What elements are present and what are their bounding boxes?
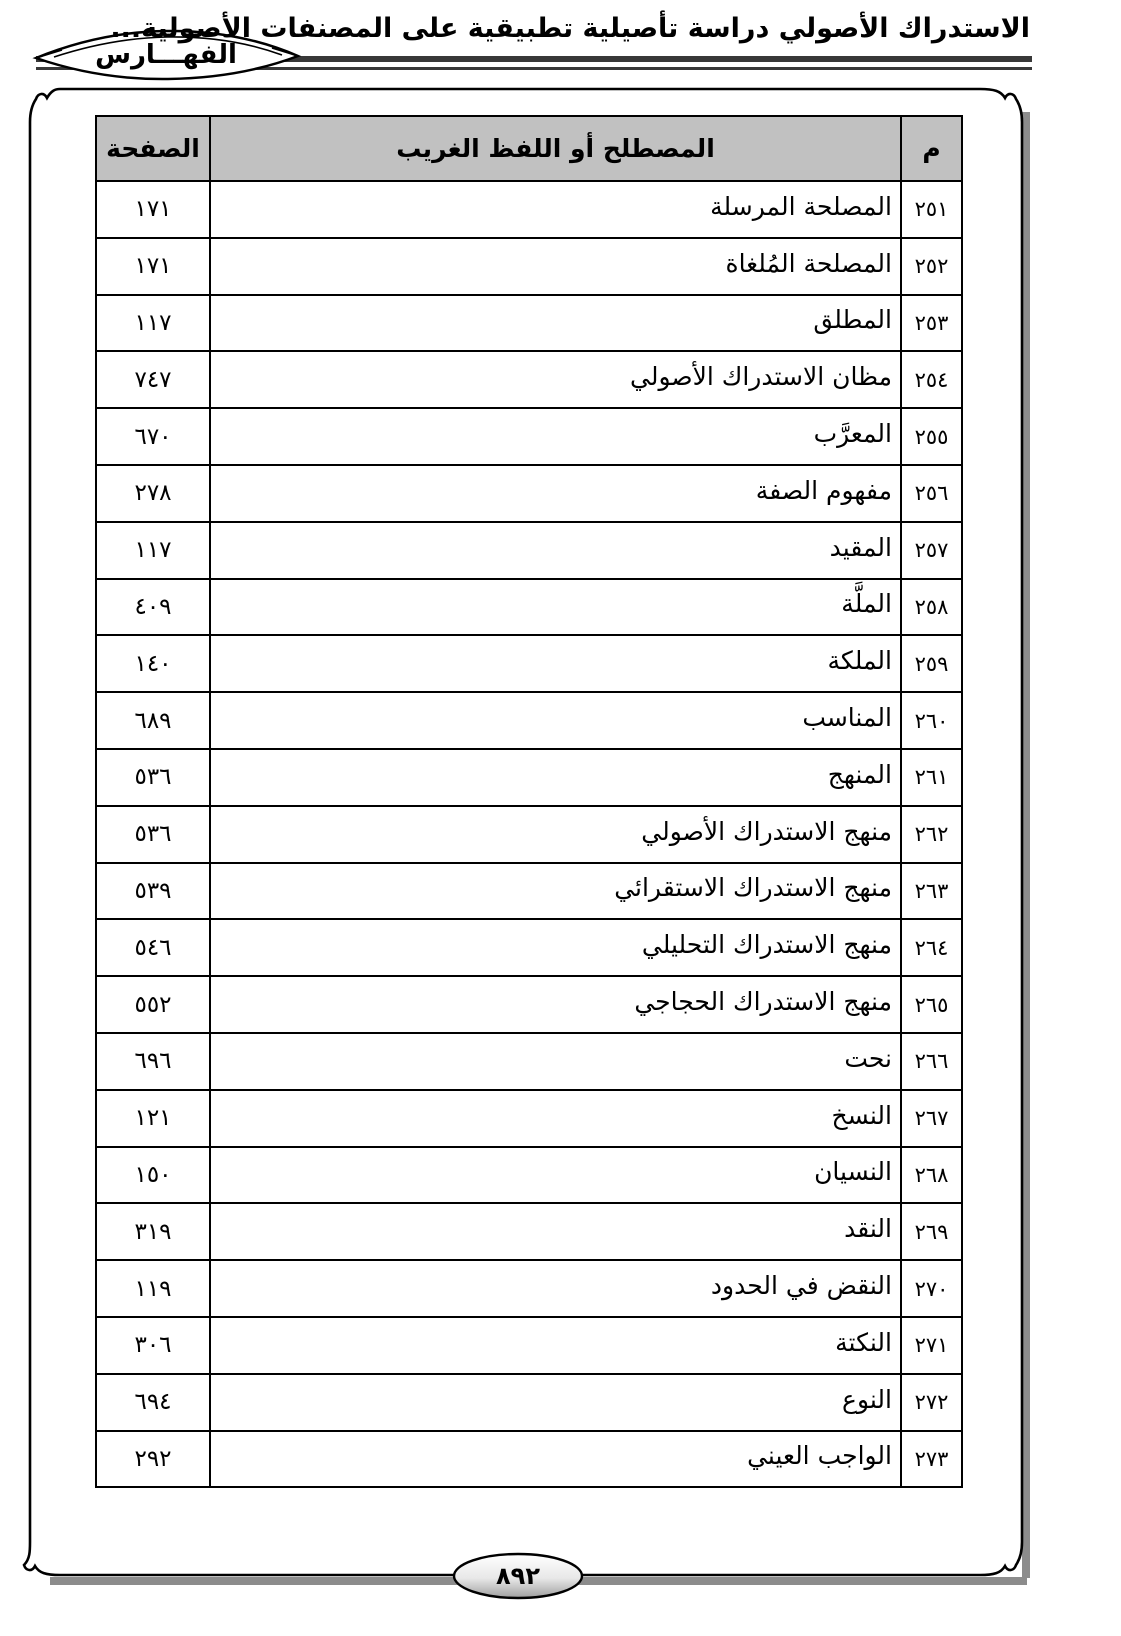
table-row: ٢٧٢النوع٦٩٤ — [96, 1374, 962, 1431]
row-number-cell: ٢٧١ — [901, 1317, 962, 1374]
row-number-cell: ٢٧٢ — [901, 1374, 962, 1431]
table-row: ٢٦٢منهج الاستدراك الأصولي٥٣٦ — [96, 806, 962, 863]
row-number-cell: ٢٦٨ — [901, 1147, 962, 1204]
row-term-cell: مفهوم الصفة — [210, 465, 901, 522]
row-number-cell: ٢٦٠ — [901, 692, 962, 749]
row-page-cell: ٥٣٦ — [96, 749, 210, 806]
row-page-cell: ١٥٠ — [96, 1147, 210, 1204]
table-row: ٢٦٨النسيان١٥٠ — [96, 1147, 962, 1204]
row-number-cell: ٢٦٥ — [901, 976, 962, 1033]
footer-page-number: ٨٩٢ — [454, 1562, 582, 1590]
row-number-cell: ٢٥٢ — [901, 238, 962, 295]
row-page-cell: ١٧١ — [96, 238, 210, 295]
row-number-cell: ٢٦٤ — [901, 919, 962, 976]
row-number-cell: ٢٥٤ — [901, 351, 962, 408]
row-term-cell: المطلق — [210, 295, 901, 352]
table-row: ٢٥٢المصلحة المُلغاة١٧١ — [96, 238, 962, 295]
table-row: ٢٧١النكتة٣٠٦ — [96, 1317, 962, 1374]
row-page-cell: ٦٨٩ — [96, 692, 210, 749]
table-row: ٢٦٦نحت٦٩٦ — [96, 1033, 962, 1090]
row-number-cell: ٢٦٣ — [901, 863, 962, 920]
document-page: الاستدراك الأصولي دراسة تأصيلية تطبيقية … — [0, 0, 1121, 1636]
row-number-cell: ٢٦١ — [901, 749, 962, 806]
row-page-cell: ٢٩٢ — [96, 1431, 210, 1488]
index-table-body: ٢٥١المصلحة المرسلة١٧١٢٥٢المصلحة المُلغاة… — [96, 181, 962, 1487]
row-term-cell: النقض في الحدود — [210, 1260, 901, 1317]
column-header-term: المصطلح أو اللفظ الغريب — [210, 116, 901, 181]
row-page-cell: ٤٠٩ — [96, 579, 210, 636]
row-term-cell: الواجب العيني — [210, 1431, 901, 1488]
row-number-cell: ٢٥١ — [901, 181, 962, 238]
row-page-cell: ٣١٩ — [96, 1203, 210, 1260]
row-number-cell: ٢٥٨ — [901, 579, 962, 636]
row-number-cell: ٢٥٩ — [901, 635, 962, 692]
row-term-cell: المنهج — [210, 749, 901, 806]
row-number-cell: ٢٧٣ — [901, 1431, 962, 1488]
row-term-cell: المقيد — [210, 522, 901, 579]
row-term-cell: الملكة — [210, 635, 901, 692]
row-term-cell: منهج الاستدراك التحليلي — [210, 919, 901, 976]
column-header-page: الصفحة — [96, 116, 210, 181]
row-term-cell: النوع — [210, 1374, 901, 1431]
row-number-cell: ٢٥٣ — [901, 295, 962, 352]
row-page-cell: ٦٧٠ — [96, 408, 210, 465]
row-page-cell: ١٢١ — [96, 1090, 210, 1147]
row-term-cell: النكتة — [210, 1317, 901, 1374]
row-page-cell: ٣٠٦ — [96, 1317, 210, 1374]
row-number-cell: ٢٥٧ — [901, 522, 962, 579]
table-row: ٢٥٤مظان الاستدراك الأصولي٧٤٧ — [96, 351, 962, 408]
table-row: ٢٥٦مفهوم الصفة٢٧٨ — [96, 465, 962, 522]
table-row: ٢٦٩النقد٣١٩ — [96, 1203, 962, 1260]
table-row: ٢٧٠النقض في الحدود١١٩ — [96, 1260, 962, 1317]
table-row: ٢٥١المصلحة المرسلة١٧١ — [96, 181, 962, 238]
table-row: ٢٥٧المقيد١١٧ — [96, 522, 962, 579]
column-header-number: م — [901, 116, 962, 181]
row-page-cell: ٥٥٢ — [96, 976, 210, 1033]
row-term-cell: النسخ — [210, 1090, 901, 1147]
row-page-cell: ٦٩٦ — [96, 1033, 210, 1090]
row-term-cell: مظان الاستدراك الأصولي — [210, 351, 901, 408]
row-term-cell: النقد — [210, 1203, 901, 1260]
table-row: ٢٥٥المعرَّب٦٧٠ — [96, 408, 962, 465]
row-page-cell: ٢٧٨ — [96, 465, 210, 522]
table-row: ٢٥٣المطلق١١٧ — [96, 295, 962, 352]
row-term-cell: منهج الاستدراك الحجاجي — [210, 976, 901, 1033]
row-term-cell: نحت — [210, 1033, 901, 1090]
row-page-cell: ١١٧ — [96, 522, 210, 579]
row-page-cell: ١١٩ — [96, 1260, 210, 1317]
row-number-cell: ٢٥٥ — [901, 408, 962, 465]
table-row: ٢٦٧النسخ١٢١ — [96, 1090, 962, 1147]
table-row: ٢٥٩الملكة١٤٠ — [96, 635, 962, 692]
row-term-cell: المصلحة المرسلة — [210, 181, 901, 238]
row-page-cell: ٥٤٦ — [96, 919, 210, 976]
row-number-cell: ٢٧٠ — [901, 1260, 962, 1317]
row-term-cell: منهج الاستدراك الأصولي — [210, 806, 901, 863]
table-row: ٢٦٥منهج الاستدراك الحجاجي٥٥٢ — [96, 976, 962, 1033]
indexes-badge-label: الفهـــارس — [40, 40, 292, 70]
table-row: ٢٧٣الواجب العيني٢٩٢ — [96, 1431, 962, 1488]
table-row: ٢٦٤منهج الاستدراك التحليلي٥٤٦ — [96, 919, 962, 976]
row-page-cell: ٥٣٩ — [96, 863, 210, 920]
row-page-cell: ٥٣٦ — [96, 806, 210, 863]
row-page-cell: ٦٩٤ — [96, 1374, 210, 1431]
row-page-cell: ١٧١ — [96, 181, 210, 238]
row-term-cell: المصلحة المُلغاة — [210, 238, 901, 295]
glossary-index-table: م المصطلح أو اللفظ الغريب الصفحة ٢٥١المص… — [95, 115, 963, 1488]
row-term-cell: المناسب — [210, 692, 901, 749]
row-number-cell: ٢٥٦ — [901, 465, 962, 522]
row-term-cell: المعرَّب — [210, 408, 901, 465]
table-header-row: م المصطلح أو اللفظ الغريب الصفحة — [96, 116, 962, 181]
table-header: م المصطلح أو اللفظ الغريب الصفحة — [96, 116, 962, 181]
row-term-cell: الملَّة — [210, 579, 901, 636]
book-title: الاستدراك الأصولي دراسة تأصيلية تطبيقية … — [300, 13, 1030, 44]
row-number-cell: ٢٦٧ — [901, 1090, 962, 1147]
row-page-cell: ٧٤٧ — [96, 351, 210, 408]
table-row: ٢٦١المنهج٥٣٦ — [96, 749, 962, 806]
row-page-cell: ١٤٠ — [96, 635, 210, 692]
row-term-cell: النسيان — [210, 1147, 901, 1204]
row-number-cell: ٢٦٩ — [901, 1203, 962, 1260]
row-number-cell: ٢٦٦ — [901, 1033, 962, 1090]
table-row: ٢٦٠المناسب٦٨٩ — [96, 692, 962, 749]
table-row: ٢٥٨الملَّة٤٠٩ — [96, 579, 962, 636]
row-page-cell: ١١٧ — [96, 295, 210, 352]
row-term-cell: منهج الاستدراك الاستقرائي — [210, 863, 901, 920]
table-row: ٢٦٣منهج الاستدراك الاستقرائي٥٣٩ — [96, 863, 962, 920]
row-number-cell: ٢٦٢ — [901, 806, 962, 863]
